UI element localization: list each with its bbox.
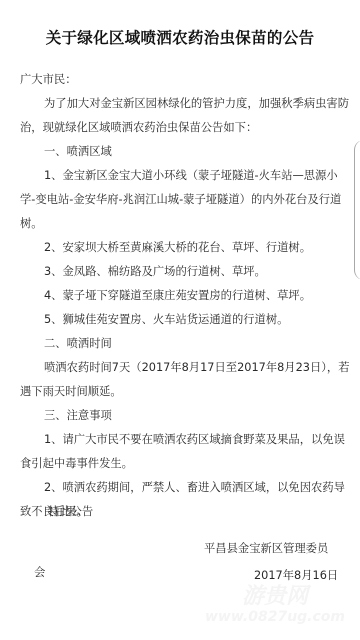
area-item-1-line-2: 学-变电站-金安华府-兆润江山城-蒙子垭隧道）的内外花台及行道: [20, 188, 332, 212]
section1-heading: 一、喷洒区域: [20, 140, 332, 164]
area-item-4: 4、蒙子垭下穿隧道至康庄苑安置房的行道树、草坪。: [20, 284, 332, 308]
area-item-2: 2、安家坝大桥至黄麻溪大桥的花台、草坪、行道树。: [20, 236, 332, 260]
section3-heading: 三、注意事项: [20, 404, 332, 428]
caution-item-1-line-1: 1、请广大市民不要在喷洒农药区域摘食野菜及果品，以免误: [20, 428, 332, 452]
watermark-url: www.0827ug.com: [190, 609, 360, 625]
signature-line-1: 平昌县金宝新区管理委员: [204, 540, 328, 556]
notice-title: 关于绿化区域喷洒农药治虫保苗的公告: [0, 26, 360, 48]
closing-text: 特此公告: [48, 503, 93, 519]
caution-item-2-line-1: 2、喷洒农药期间，严禁人、畜进入喷洒区域，以免因农药导: [20, 476, 332, 500]
page-edge-curve: [354, 140, 360, 280]
area-item-1-line-3: 树。: [20, 212, 332, 236]
watermark: 游贵网 www.0827ug.com: [190, 585, 360, 625]
section2-heading: 二、喷洒时间: [20, 332, 332, 356]
area-item-5: 5、狮城佳苑安置房、火车站货运通道的行道树。: [20, 308, 332, 332]
notice-date: 2017年8月16日: [254, 567, 338, 583]
area-item-1-line-1: 1、金宝新区金宝大道小环线（蒙子垭隧道-火车站—思源小: [20, 164, 332, 188]
watermark-logo-text: 游贵网: [190, 585, 360, 609]
area-item-3: 3、金凤路、棉纺路及广场的行道树、草坪。: [20, 260, 332, 284]
caution-item-1-line-2: 食引起中毒事件发生。: [20, 452, 332, 476]
intro-line-1: 为了加大对金宝新区园林绿化的管护力度，加强秋季病虫害防: [20, 92, 332, 116]
time-line-1: 喷洒农药时间7天（2017年8月17日至2017年8月23日），若: [20, 356, 332, 380]
notice-body: 广大市民： 为了加大对金宝新区园林绿化的管护力度，加强秋季病虫害防 治，现就绿化…: [20, 68, 332, 524]
time-line-2: 遇下雨天时间顺延。: [20, 380, 332, 404]
signature-line-2: 会: [34, 564, 45, 580]
intro-line-2: 治，现就绿化区域喷洒农药治虫保苗公告如下：: [20, 116, 332, 140]
salutation: 广大市民：: [20, 68, 332, 92]
